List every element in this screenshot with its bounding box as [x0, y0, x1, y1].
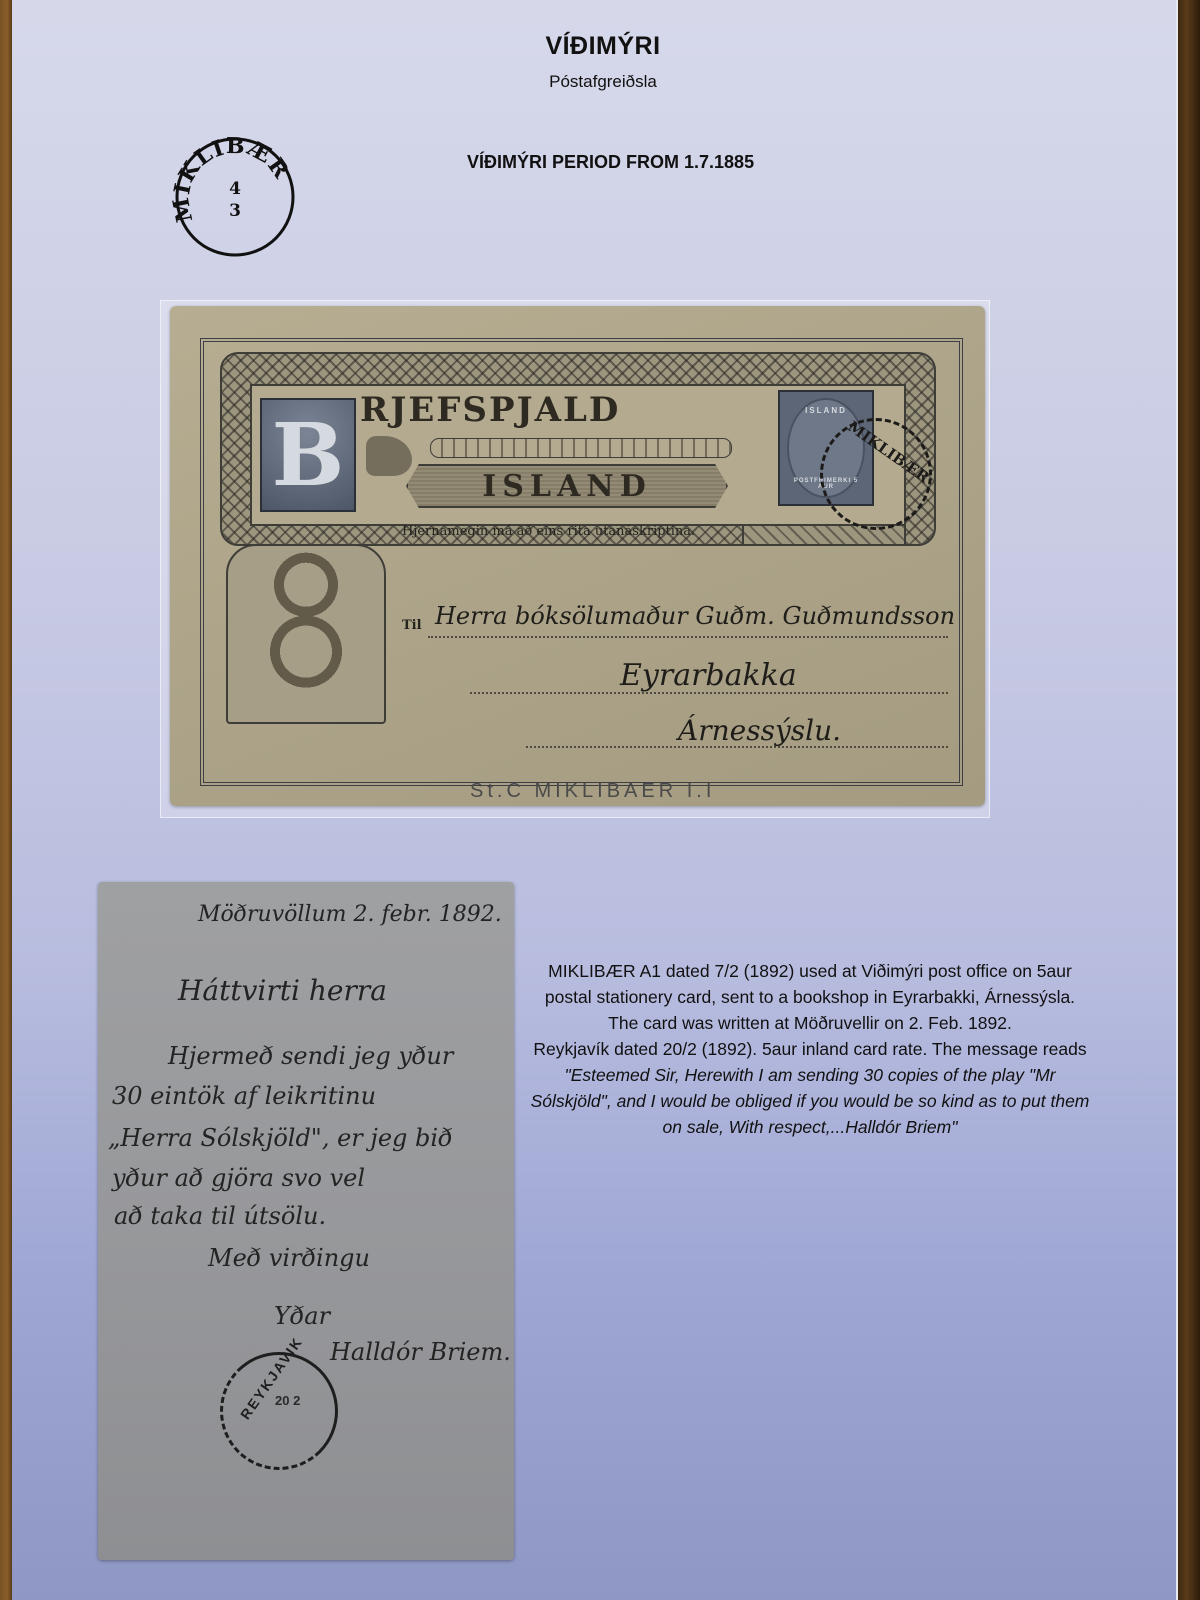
letter-closing: Með virðingu [208, 1244, 370, 1272]
postcard-back: Möðruvöllum 2. febr. 1892. Háttvirti her… [98, 882, 514, 1560]
stamp-top-text: ISLAND [789, 406, 863, 415]
stamp-month: 3 [229, 201, 241, 221]
letter-line: yður að gjöra svo vel [112, 1164, 365, 1192]
description-part-1: MIKLIBÆR A1 dated 7/2 (1892) used at Við… [545, 961, 1075, 1033]
knotwork-band [430, 438, 732, 458]
letter-dateline: Möðruvöllum 2. febr. 1892. [198, 902, 502, 927]
address-town: Eyrarbakka [620, 658, 797, 693]
address-label: Til [402, 618, 422, 633]
postmark-icon: MIKLIBÆR [820, 418, 932, 530]
postmark-date: 20 2 [275, 1393, 300, 1408]
page-subtitle: Póstafgreiðsla [12, 72, 1194, 92]
postcard-front: B RJEFSPJALD ISLAND Hjernamegin má að ei… [170, 306, 985, 806]
letter-yours: Yðar [274, 1302, 330, 1330]
letter-line: „Herra Sólskjöld", er jeg bið [108, 1124, 453, 1152]
letter-line: Hjermeð sendi jeg yður [168, 1042, 453, 1070]
card-title: RJEFSPJALD [360, 390, 620, 430]
knotwork-ornament [226, 544, 386, 724]
reykjavik-postmark-icon: REYKJAVIK 20 2 [220, 1352, 338, 1470]
address-district: Árnessýslu. [678, 714, 841, 747]
address-instruction: Hjernamegin má að eins rita utanáskripti… [402, 524, 695, 539]
address-line-1 [428, 636, 948, 638]
page-title: VÍÐIMÝRI [12, 32, 1194, 61]
description-quote: "Esteemed Sir, Herewith I am sending 30 … [531, 1065, 1090, 1137]
circular-date-stamp-icon: MIKLIBÆR 4 3 [172, 134, 298, 260]
country-banner: ISLAND [406, 464, 728, 508]
letter-salutation: Háttvirti herra [178, 974, 387, 1007]
exhibit-description: MIKLIBÆR A1 dated 7/2 (1892) used at Við… [530, 958, 1090, 1140]
wood-frame-left [0, 0, 12, 1600]
letter-line: 30 eintök af leikritinu [112, 1082, 376, 1110]
address-recipient: Herra bóksölumaður Guðm. Guðmundsson [435, 602, 955, 630]
letter-signature: Halldór Briem. [330, 1338, 511, 1366]
description-part-2: Reykjavík dated 20/2 (1892). 5aur inland… [533, 1039, 1086, 1059]
wood-frame-right [1178, 0, 1200, 1600]
postmark-text: REYKJAVIK [237, 1333, 306, 1422]
period-heading: VÍÐIMÝRI PERIOD FROM 1.7.1885 [467, 152, 754, 173]
letter-line: að taka til útsölu. [114, 1202, 326, 1230]
country-name: ISLAND [482, 469, 652, 504]
pencil-annotation: St.C MIKLIBAER I.I [470, 780, 715, 803]
stamp-day: 4 [229, 179, 241, 199]
ornamental-initial: B [260, 398, 356, 512]
